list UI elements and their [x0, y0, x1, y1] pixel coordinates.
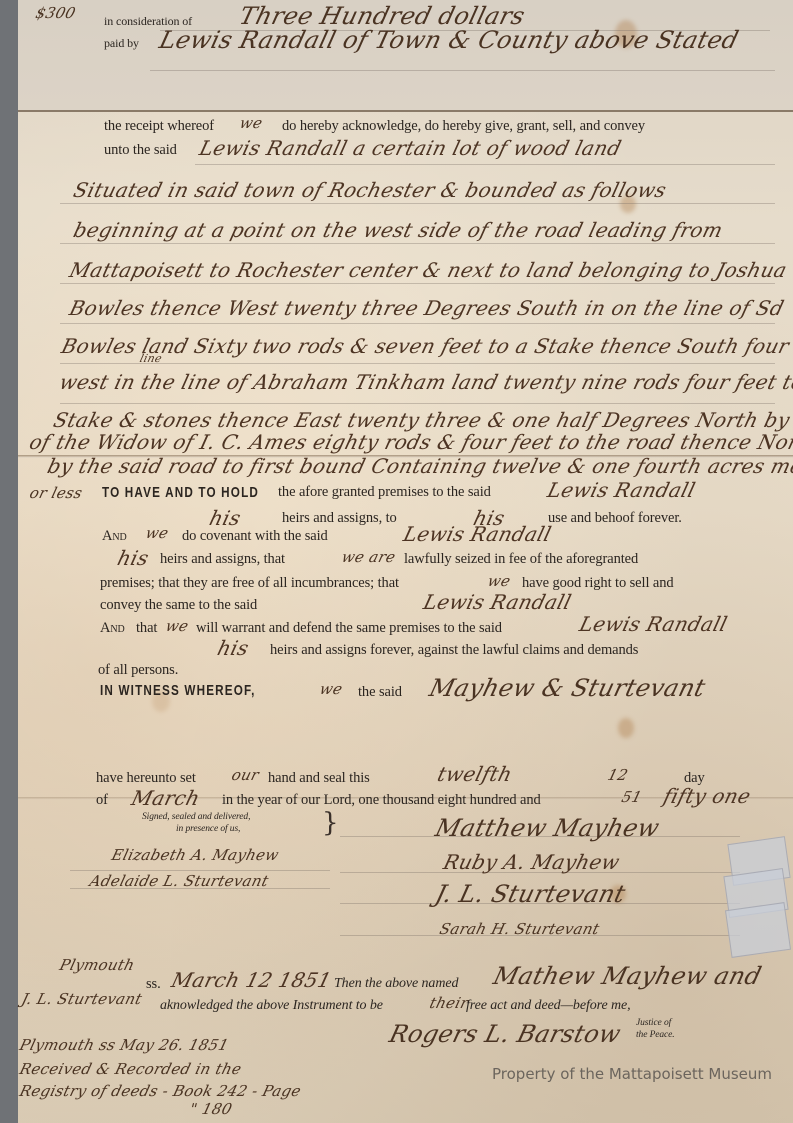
ack-margin-name: J. L. Sturtevant	[20, 990, 144, 1008]
witness-text: hand and seal this	[268, 770, 370, 787]
habendum-his: his	[207, 506, 243, 530]
covenant-his: his	[215, 636, 251, 660]
covenant-text: heirs and assigns forever, against the l…	[270, 642, 638, 659]
receipt-prefix: the receipt whereof	[104, 118, 214, 135]
habendum-text: heirs and assigns, to	[282, 510, 397, 527]
description-line: Bowles land Sixty two rods & seven feet …	[59, 334, 793, 358]
covenant-text: premises; that they are free of all incu…	[100, 575, 399, 592]
ack-text: aknowledged the above Instrument to be	[160, 998, 383, 1014]
receipt-suffix: do hereby acknowledge, do hereby give, g…	[282, 118, 645, 135]
ack-text: Then the above named	[334, 976, 458, 992]
covenant-text: lawfully seized in fee of the aforegrant…	[404, 551, 638, 568]
ruled-line	[60, 403, 775, 404]
justice-title-1: Justice of	[636, 1018, 671, 1028]
covenant-we-are: we are	[340, 548, 398, 566]
ack-text: free act and deed—before me,	[466, 998, 631, 1014]
description-line: by the said road to first bound Containi…	[45, 454, 793, 478]
covenant-and: And	[100, 620, 125, 637]
description-line: Bowles thence West twenty three Degrees …	[67, 296, 787, 320]
covenant-text: convey the same to the said	[100, 597, 257, 614]
habendum-grantee: Lewis Randall	[545, 478, 698, 502]
ack-date: March 12 1851	[169, 968, 334, 992]
witness-text: have hereunto set	[96, 770, 196, 787]
museum-watermark: Property of the Mattapoisett Museum	[492, 1065, 772, 1083]
paid-by-label: paid by	[104, 36, 139, 51]
presence-line-2: in presence of us,	[176, 824, 240, 834]
ack-ss: ss.	[146, 976, 161, 993]
witness-year-word: fifty one	[661, 784, 753, 808]
brace-icon: }	[322, 808, 339, 838]
ruled-line	[195, 164, 775, 165]
receipt-pronoun: we	[238, 114, 265, 132]
description-line: Situated in said town of Rochester & bou…	[71, 178, 669, 202]
covenant-we: we	[486, 572, 513, 590]
witness-parties: Mayhew & Sturtevant	[427, 674, 709, 702]
covenant-his: his	[115, 546, 151, 570]
witness-day-word: twelfth	[435, 762, 515, 786]
ruled-line	[70, 870, 330, 871]
description-line: beginning at a point on the west side of…	[71, 218, 725, 242]
covenant-text: do covenant with the said	[182, 528, 328, 545]
ack-county: Plymouth	[58, 956, 137, 974]
witness-we: we	[318, 680, 345, 698]
ruled-line	[150, 70, 775, 71]
witness-signature: Elizabeth A. Mayhew	[110, 846, 281, 864]
covenant-grantee: Lewis Randall	[421, 590, 574, 614]
description-line: west in the line of Abraham Tinkham land…	[57, 370, 793, 394]
covenant-grantee: Lewis Randall	[401, 522, 554, 546]
description-line: Stake & stones thence East twenty three …	[51, 408, 793, 432]
witness-signature: Adelaide L. Sturtevant	[88, 872, 271, 890]
ruled-line	[60, 283, 775, 284]
witness-heading: IN WITNESS WHEREOF,	[100, 682, 255, 699]
stain	[618, 718, 634, 738]
signer-signature: Ruby A. Mayhew	[441, 850, 622, 874]
paid-by-value: Lewis Randall of Town & County above Sta…	[157, 26, 742, 54]
signer-signature: Sarah H. Sturtevant	[438, 920, 602, 938]
covenant-and: And	[102, 528, 127, 545]
ruled-line	[60, 203, 775, 204]
signer-signature: J. L. Sturtevant	[433, 880, 629, 908]
amount-note: $300	[34, 4, 78, 22]
description-line: of the Widow of I. C. Ames eighty rods &…	[27, 430, 793, 454]
ruled-line	[60, 363, 775, 364]
habendum-heading: TO HAVE AND TO HOLD	[102, 484, 259, 501]
presence-line-1: Signed, sealed and delivered,	[142, 812, 250, 822]
witness-of-label: of	[96, 792, 108, 809]
witness-year-text: in the year of our Lord, one thousand ei…	[222, 792, 541, 809]
covenant-text: heirs and assigns, that	[160, 551, 285, 568]
justice-signature: Rogers L. Barstow	[387, 1020, 624, 1048]
covenant-we: we	[144, 524, 171, 542]
justice-title-2: the Peace.	[636, 1030, 675, 1040]
ruled-line	[60, 243, 775, 244]
ack-their: their	[428, 994, 471, 1012]
covenant-grantee: Lewis Randall	[577, 612, 730, 636]
description-line: Mattapoisett to Rochester center & next …	[67, 258, 789, 282]
unto-value: Lewis Randall a certain lot of wood land	[197, 136, 624, 160]
covenant-we: we	[164, 617, 191, 635]
covenant-text: that	[136, 620, 157, 637]
recording-line: Plymouth ss May 26. 1851	[18, 1036, 231, 1054]
ack-named: Mathew Mayhew and	[491, 962, 765, 990]
unto-label: unto the said	[104, 142, 177, 159]
witness-text: the said	[358, 684, 402, 701]
recording-line: Registry of deeds - Book 242 - Page	[18, 1082, 303, 1100]
ruled-line	[60, 323, 775, 324]
covenant-text: will warrant and defend the same premise…	[196, 620, 502, 637]
description-insert: line	[138, 352, 163, 365]
wax-seal-wafer	[725, 902, 791, 958]
recording-line: Received & Recorded in the	[18, 1060, 244, 1078]
habendum-text: use and behoof forever.	[548, 510, 682, 527]
witness-month: March	[129, 786, 203, 810]
signer-signature: Matthew Mayhew	[433, 814, 663, 842]
habendum-text: the afore granted premises to the said	[278, 484, 491, 501]
witness-our: our	[230, 766, 261, 784]
recording-line: " 180	[188, 1100, 234, 1118]
or-less-note: or less	[28, 484, 85, 502]
covenant-text: of all persons.	[98, 662, 178, 679]
